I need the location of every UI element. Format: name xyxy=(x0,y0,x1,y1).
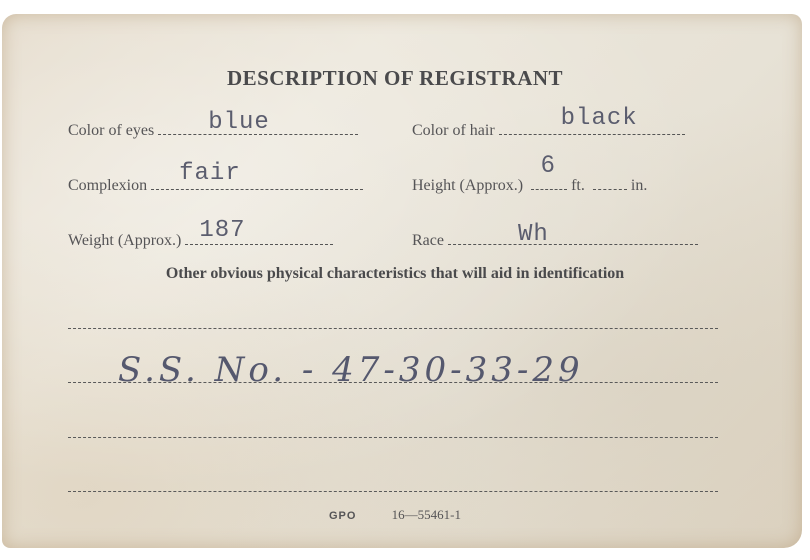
weight-value: 187 xyxy=(199,217,245,244)
race-field: Race Wh xyxy=(412,230,698,250)
weight-label: Weight (Approx.) xyxy=(68,232,181,250)
height-field: Height (Approx.) 6 ft. in. xyxy=(412,175,647,195)
hair-value: black xyxy=(561,105,638,132)
height-ft-value: 6 xyxy=(541,151,555,179)
height-in-line xyxy=(593,175,627,190)
hair-field: Color of hair black xyxy=(412,120,685,140)
height-ft-line: 6 xyxy=(531,175,567,190)
eyes-value: blue xyxy=(208,109,270,136)
handwritten-ss-number: S.S. No. - 47-30-33-29 xyxy=(118,350,584,390)
complexion-value: fair xyxy=(179,160,241,187)
height-in-unit: in. xyxy=(631,177,647,194)
eyes-label: Color of eyes xyxy=(68,122,154,140)
gpo-mark: GPO xyxy=(329,510,356,522)
race-label: Race xyxy=(412,232,444,250)
form-footer: GPO 16—55461-1 xyxy=(0,507,790,523)
other-characteristics-heading: Other obvious physical characteristics t… xyxy=(0,265,790,283)
race-value: Wh xyxy=(518,221,549,248)
blank-line-3 xyxy=(68,437,718,438)
blank-line-1 xyxy=(68,328,718,329)
height-label: Height (Approx.) xyxy=(412,177,523,195)
weight-field: Weight (Approx.) 187 xyxy=(68,230,333,250)
card-title: DESCRIPTION OF REGISTRANT xyxy=(0,66,790,91)
form-number: 16—55461-1 xyxy=(392,507,461,522)
complexion-line: fair xyxy=(151,175,363,190)
eyes-field: Color of eyes blue xyxy=(68,120,358,140)
eyes-line: blue xyxy=(158,120,358,135)
height-ft-unit: ft. xyxy=(571,177,585,194)
weight-line: 187 xyxy=(185,230,333,245)
race-line: Wh xyxy=(448,230,698,245)
blank-line-4 xyxy=(68,491,718,492)
hair-label: Color of hair xyxy=(412,122,495,140)
complexion-label: Complexion xyxy=(68,177,147,195)
hair-line: black xyxy=(499,120,685,135)
complexion-field: Complexion fair xyxy=(68,175,363,195)
